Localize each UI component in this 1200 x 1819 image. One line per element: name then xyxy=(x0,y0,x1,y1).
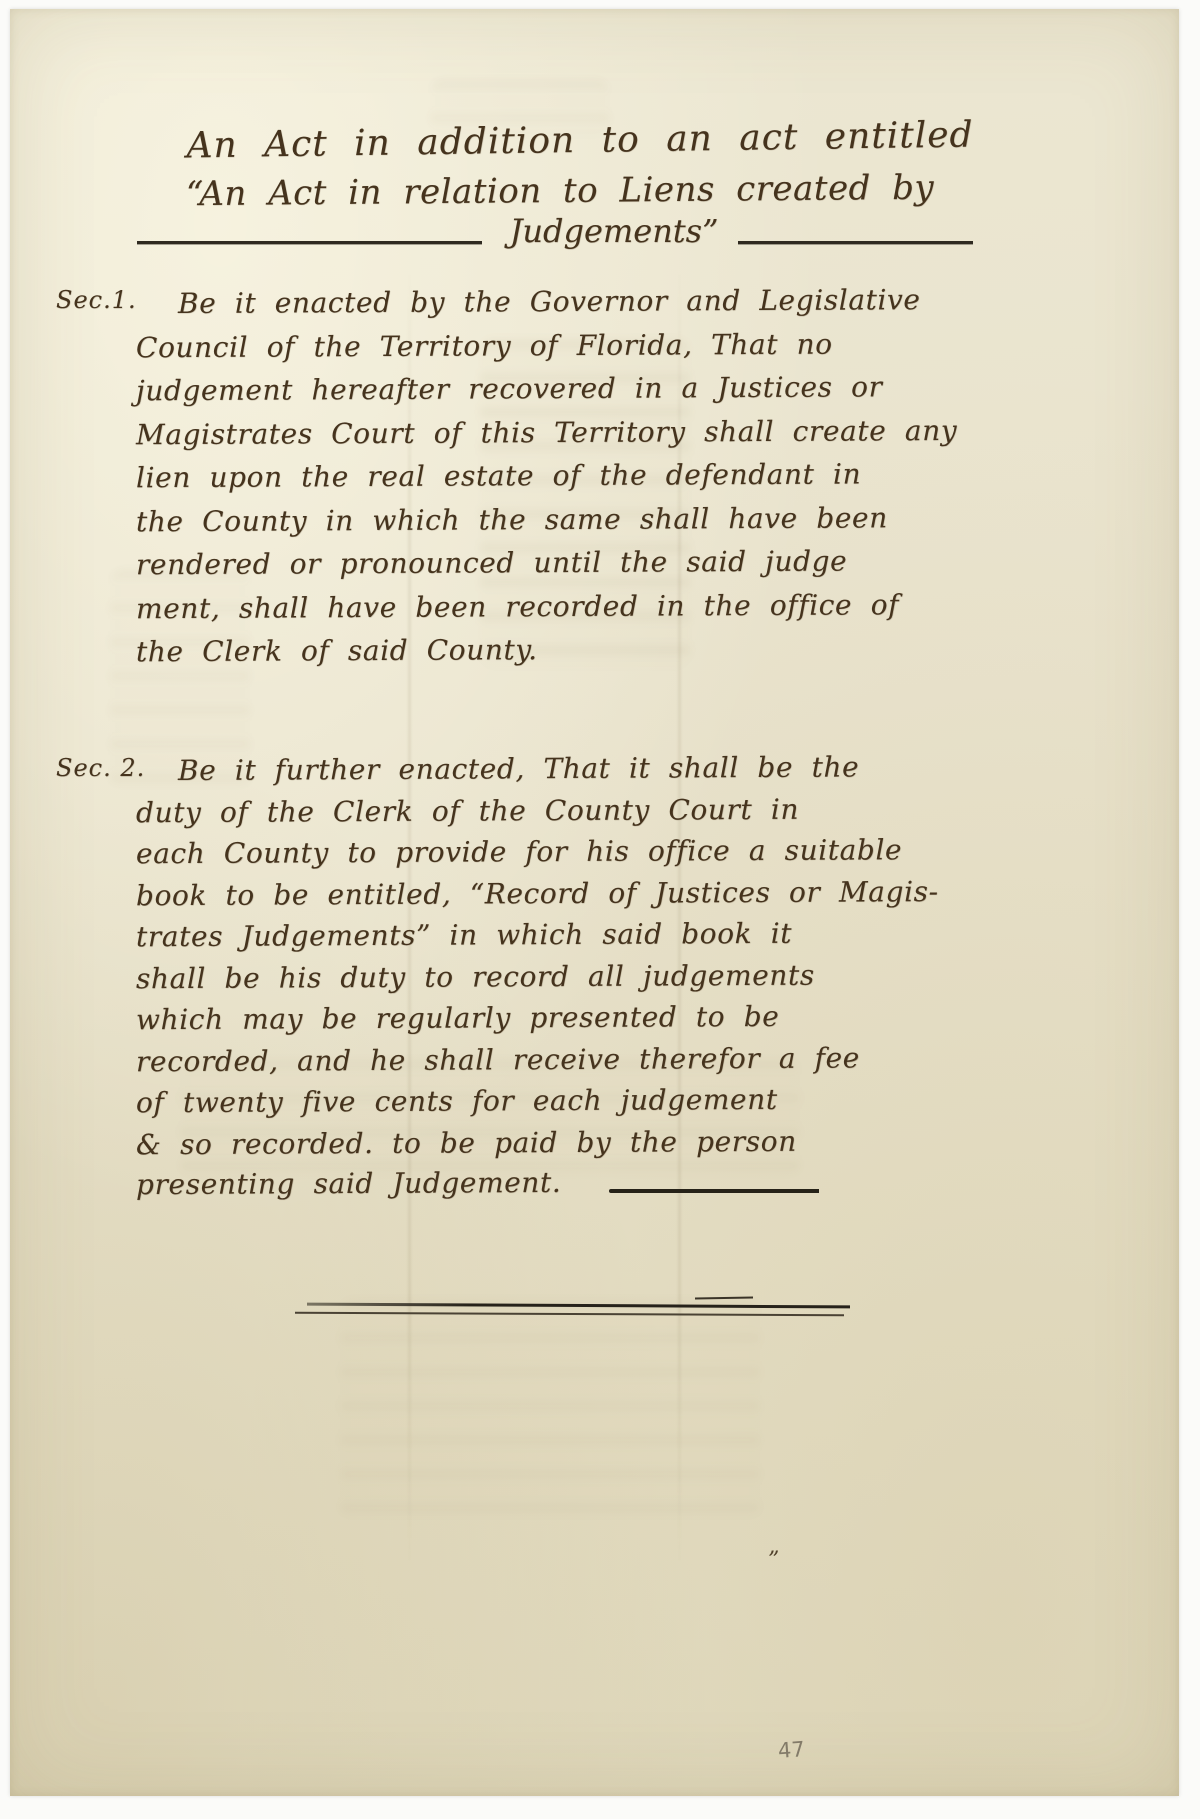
text-line: duty of the Clerk of the County Court in xyxy=(136,787,996,833)
text-line: Be it enacted by the Governor and Legisl… xyxy=(136,278,996,326)
text-line: presenting said Judgement. xyxy=(136,1162,562,1206)
text-line: book to be entitled, “Record of Justices… xyxy=(136,870,996,916)
text-line: the County in which the same shall have … xyxy=(136,495,996,543)
end-of-text-rule xyxy=(609,1189,819,1193)
section-2: Sec. 2. Be it further enacted, That it s… xyxy=(56,748,996,1205)
text-line: judgement hereafter recovered in a Justi… xyxy=(136,365,996,413)
section-1: Sec.1. Be it enacted by the Governor and… xyxy=(56,280,996,672)
section-1-body: Be it enacted by the Governor and Legisl… xyxy=(136,280,996,672)
act-title-line-3-row: Judgements” xyxy=(140,212,970,254)
ditto-mark: ” xyxy=(768,1548,779,1573)
section-2-label: Sec. 2. xyxy=(56,754,145,782)
text-line: Magistrates Court of this Territory shal… xyxy=(136,408,996,456)
closing-rule-top xyxy=(307,1303,850,1309)
title-flourish-rule-left xyxy=(137,241,482,244)
text-line: each County to provide for his office a … xyxy=(136,829,996,875)
text-line: trates Judgements” in which said book it xyxy=(136,912,996,958)
text-line: recorded, and he shall receive therefor … xyxy=(136,1036,996,1082)
title-flourish-rule-right xyxy=(738,241,973,244)
section-2-body: Be it further enacted, That it shall be … xyxy=(136,748,996,1205)
act-title-line-3: Judgements” xyxy=(510,212,719,254)
text-line: of twenty five cents for each judgement xyxy=(136,1078,996,1124)
text-line: Be it further enacted, That it shall be … xyxy=(136,746,996,792)
section-1-label: Sec.1. xyxy=(56,286,137,314)
act-title-line-2: “An Act in relation to Liens created by xyxy=(130,167,990,215)
text-line: & so recorded. to be paid by the person xyxy=(136,1119,996,1165)
closing-rule-dash xyxy=(695,1296,753,1299)
ink-bleedthrough xyxy=(340,1299,760,1519)
text-line: ment, shall have been recorded in the of… xyxy=(136,582,996,630)
text-line: rendered or pronounced until the said ju… xyxy=(136,539,996,587)
closing-rule-bottom xyxy=(295,1312,844,1316)
text-line: shall be his duty to record all judgemen… xyxy=(136,953,996,999)
text-line: Council of the Territory of Florida, Tha… xyxy=(136,321,996,369)
closing-double-rule xyxy=(295,1297,850,1321)
archival-page-number: 47 xyxy=(777,1737,805,1763)
text-line: the Clerk of said County. xyxy=(136,626,996,674)
text-line: lien upon the real estate of the defenda… xyxy=(136,452,996,500)
text-line: which may be regularly presented to be xyxy=(136,995,996,1041)
